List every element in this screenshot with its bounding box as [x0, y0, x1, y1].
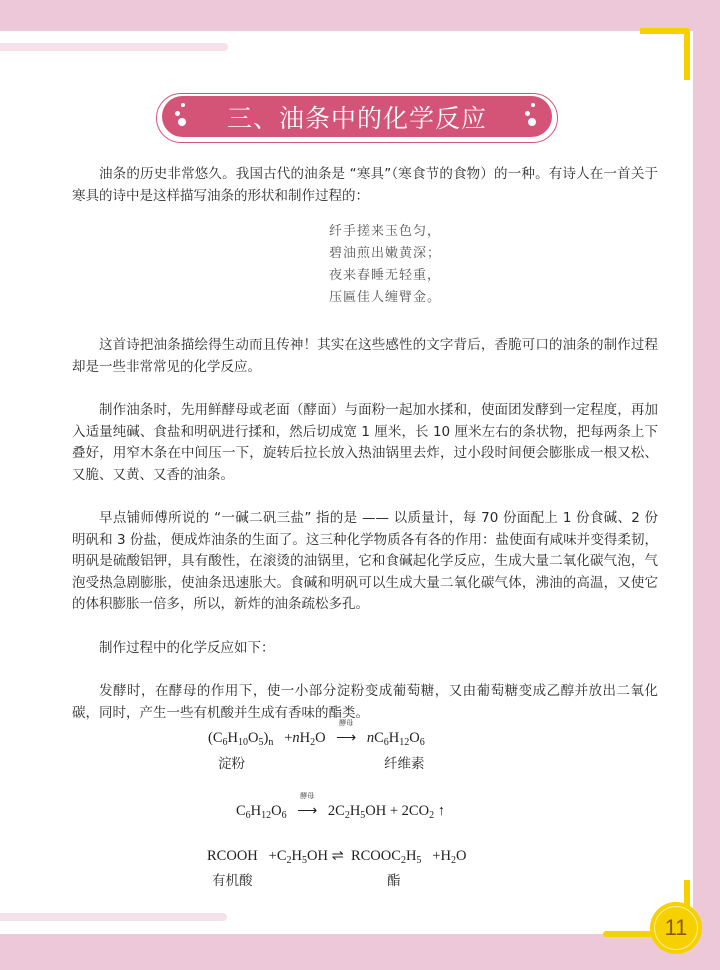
- paragraph-ratio: 早点铺师傅所说的 “一碱二矾三盐” 指的是 —— 以质量计，每 70 份面配上 …: [72, 508, 658, 616]
- equilibrium-arrow-icon: ⇌: [332, 848, 344, 864]
- equation-fermentation: C6H12O6 酵母⟶ 2C2H5OH + 2CO2 ↑: [236, 803, 445, 820]
- eq2-lhs: C6H12O6: [236, 803, 287, 819]
- title-pill: 三、油条中的化学反应: [162, 96, 552, 137]
- eq1-label-lhs: 淀粉: [218, 752, 245, 772]
- reaction-arrow-icon: 酵母⟶: [290, 803, 324, 820]
- page-number: 11: [654, 906, 698, 950]
- page-number-badge: 11: [650, 902, 702, 954]
- poem-line: 压匾佳人缠臂金。: [72, 287, 658, 309]
- poem-line: 纤手搓来玉色匀，: [72, 221, 658, 243]
- eq2-rhs: 2C2H5OH + 2CO2 ↑: [328, 803, 445, 819]
- eq1-lhs-starch: (C6H10O5)n: [208, 730, 273, 746]
- bubbles-icon-left: [172, 101, 192, 127]
- poem-line: 碧油煎出嫩黄深；: [72, 243, 658, 265]
- poem-line: 夜来春睡无轻重，: [72, 265, 658, 287]
- eq3-lhs-acid: RCOOH: [207, 848, 258, 864]
- eq3-rhs-ester: RCOOC2H5: [351, 848, 421, 864]
- eq1-lhs-water: +nH2O: [284, 730, 325, 746]
- paragraph-process: 制作油条时，先用鲜酵母或老面（酵面）与面粉一起加水揉和，使面团发酵到一定程度，再…: [72, 400, 658, 486]
- frame-top-border: [0, 0, 720, 31]
- equation-starch-hydrolysis: (C6H10O5)n +nH2O 酵母⟶ nC6H12O6: [208, 730, 425, 747]
- eq3-label-rhs: 酯: [387, 869, 401, 889]
- eq3-lhs-ethanol: +C2H5OH: [269, 848, 328, 864]
- reaction-arrow-icon: 酵母⟶: [329, 730, 363, 747]
- corner-bracket-top-right: [640, 28, 690, 80]
- bubbles-icon-right: [522, 101, 542, 127]
- paragraph-reactions-intro: 制作过程中的化学反应如下：: [72, 638, 658, 660]
- eq3-rhs-water: +H2O: [432, 848, 466, 864]
- eq3-label-lhs: 有机酸: [212, 869, 253, 889]
- decorative-bar-bottom: [0, 913, 227, 921]
- section-title: 三、油条中的化学反应: [227, 99, 487, 135]
- frame-bottom-border: [0, 934, 720, 970]
- eq1-label-rhs: 纤维素: [384, 752, 425, 772]
- equation-esterification: RCOOH +C2H5OH ⇌ RCOOC2H5 +H2O: [207, 848, 466, 865]
- article-body: 油条的历史非常悠久。我国古代的油条是 “寒具”（寒食节的食物）的一种。有诗人在一…: [72, 164, 658, 746]
- paragraph-after-poem: 这首诗把油条描绘得生动而且传神！其实在这些感性的文字背后，香脆可口的油条的制作过…: [72, 335, 658, 378]
- eq1-rhs-glucose: nC6H12O6: [367, 730, 425, 746]
- decorative-bar-top: [0, 43, 228, 51]
- section-title-banner: 三、油条中的化学反应: [156, 93, 558, 143]
- poem: 纤手搓来玉色匀， 碧油煎出嫩黄深； 夜来春睡无轻重， 压匾佳人缠臂金。: [72, 221, 658, 309]
- frame-right-border: [693, 0, 720, 970]
- paragraph-fermentation: 发酵时，在酵母的作用下，使一小部分淀粉变成葡萄糖，又由葡萄糖变成乙醇并放出二氧化…: [72, 681, 658, 724]
- paragraph-intro: 油条的历史非常悠久。我国古代的油条是 “寒具”（寒食节的食物）的一种。有诗人在一…: [72, 164, 658, 207]
